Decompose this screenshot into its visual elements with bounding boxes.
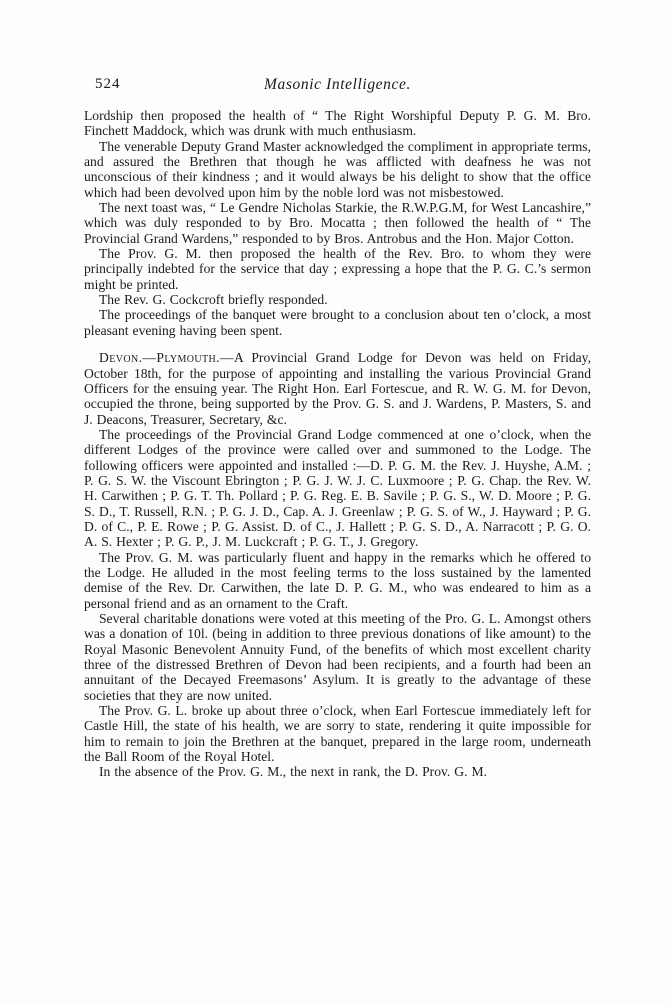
paragraph: In the absence of the Prov. G. M., the n… (84, 764, 591, 779)
paragraph: The Prov. G. M. was particularly fluent … (84, 550, 591, 611)
paragraph: The proceedings of the banquet were brou… (84, 307, 591, 338)
running-header: 524 Masonic Intelligence. (84, 76, 591, 94)
paragraph: Several charitable donations were voted … (84, 611, 591, 703)
paragraph: The Rev. G. Cockcroft briefly responded. (84, 292, 591, 307)
paragraph: The venerable Deputy Grand Master acknow… (84, 139, 591, 200)
paragraph: The Prov. G. L. broke up about three o’c… (84, 703, 591, 764)
paragraph-devon-section: Devon.—Plymouth.—A Provincial Grand Lodg… (84, 350, 591, 427)
paragraph: Lordship then proposed the health of “ T… (84, 108, 591, 139)
page-number: 524 (95, 76, 121, 93)
paragraph: The Prov. G. M. then proposed the health… (84, 246, 591, 292)
running-head-title: Masonic Intelligence. (84, 76, 591, 94)
section-lead-devon-plymouth: Devon.—Plymouth.— (99, 350, 234, 365)
article-body: Lordship then proposed the health of “ T… (84, 108, 591, 780)
paragraph: The next toast was, “ Le Gendre Nicholas… (84, 200, 591, 246)
paragraph: The proceedings of the Provincial Grand … (84, 427, 591, 550)
scanned-document-page: 524 Masonic Intelligence. Lordship then … (0, 0, 670, 1004)
